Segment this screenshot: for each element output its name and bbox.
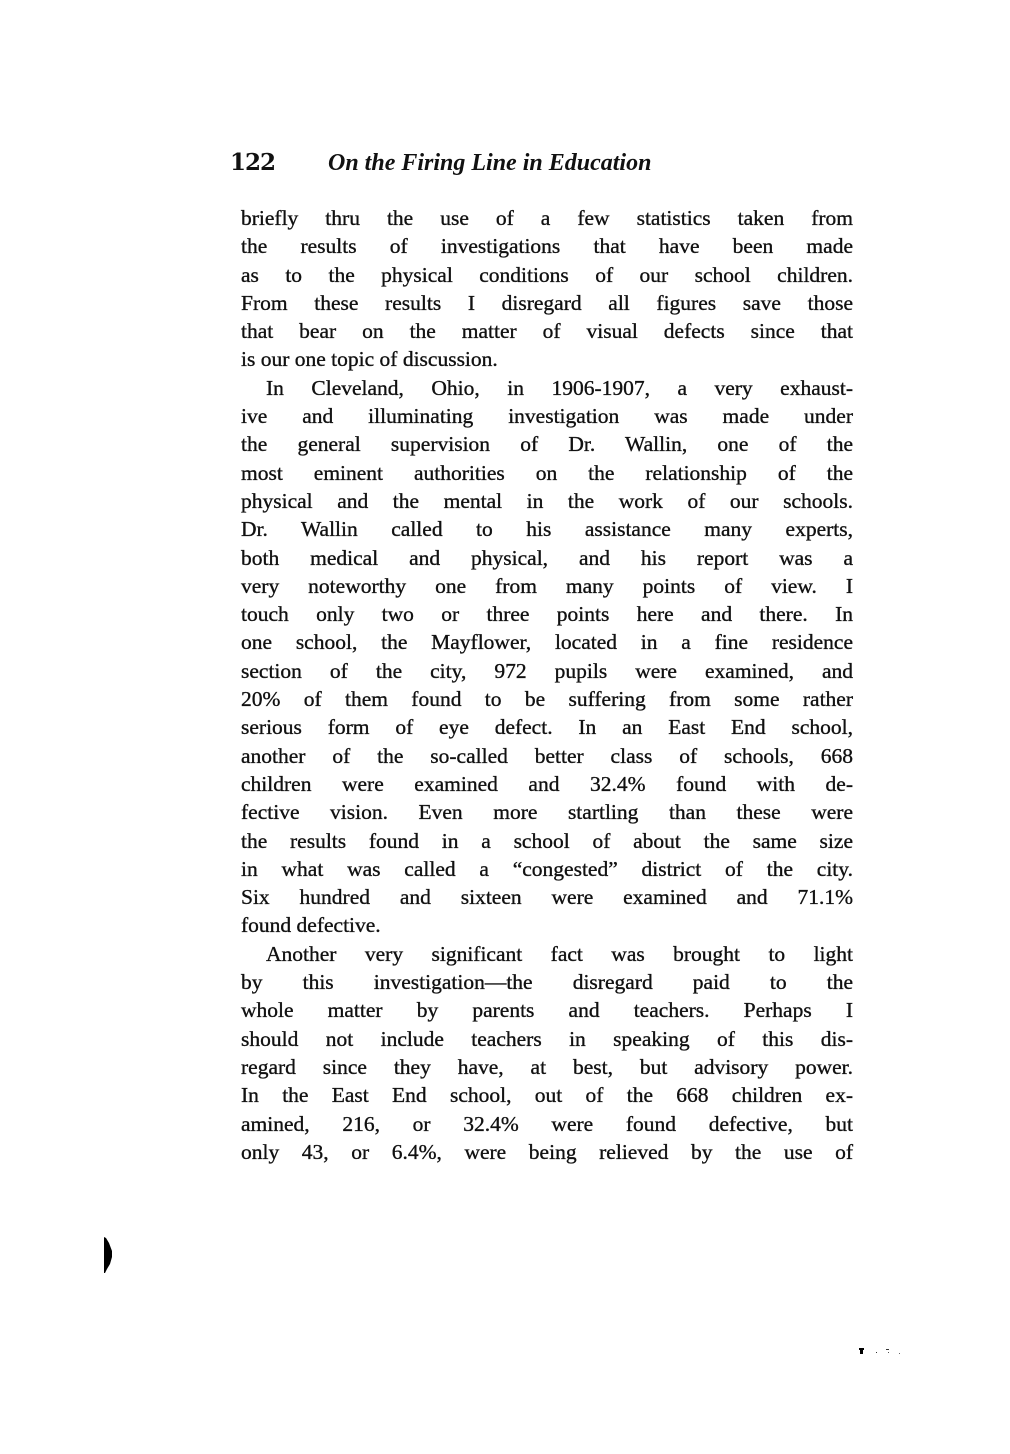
text-line: regard since they have, at best, but adv… — [241, 1053, 853, 1081]
page-number: 122 — [230, 146, 275, 180]
text-line: is our one topic of discussion. — [241, 345, 853, 373]
text-line: very noteworthy one from many points of … — [241, 572, 853, 600]
text-line: In the East End school, out of the 668 c… — [241, 1081, 853, 1109]
text-line: briefly thru the use of a few statistics… — [241, 204, 853, 232]
text-line: serious form of eye defect. In an East E… — [241, 713, 853, 741]
text-line: the results of investigations that have … — [241, 232, 853, 260]
text-line: From these results I disregard all figur… — [241, 289, 853, 317]
text-line: the general supervision of Dr. Wallin, o… — [241, 430, 853, 458]
text-line: one school, the Mayflower, located in a … — [241, 628, 853, 656]
paragraph: Another very significant fact was brough… — [241, 940, 853, 1166]
text-line: should not include teachers in speaking … — [241, 1025, 853, 1053]
text-line: In Cleveland, Ohio, in 1906-1907, a very… — [241, 374, 853, 402]
text-line: physical and the mental in the work of o… — [241, 487, 853, 515]
text-line: ive and illuminating investigation was m… — [241, 402, 853, 430]
book-title: On the Firing Line in Education — [328, 146, 651, 180]
text-line: amined, 216, or 32.4% were found defecti… — [241, 1110, 853, 1138]
body-text: briefly thru the use of a few statistics… — [241, 204, 853, 1166]
text-line: only 43, or 6.4%, were being relieved by… — [241, 1138, 853, 1166]
text-line: 20% of them found to be suffering from s… — [241, 685, 853, 713]
scan-margin-mark-icon — [104, 1237, 114, 1273]
text-line: Dr. Wallin called to his assistance many… — [241, 515, 853, 543]
text-line: children were examined and 32.4% found w… — [241, 770, 853, 798]
text-line: Another very significant fact was brough… — [241, 940, 853, 968]
book-page: 122 On the Firing Line in Education brie… — [0, 0, 1010, 1454]
text-line: both medical and physical, and his repor… — [241, 544, 853, 572]
running-head: 122 On the Firing Line in Education — [230, 146, 850, 180]
text-line: that bear on the matter of visual defect… — [241, 317, 853, 345]
text-line: found defective. — [241, 911, 853, 939]
paragraph: In Cleveland, Ohio, in 1906-1907, a very… — [241, 374, 853, 940]
text-line: touch only two or three points here and … — [241, 600, 853, 628]
scan-specks-icon — [855, 1347, 915, 1357]
text-line: section of the city, 972 pupils were exa… — [241, 657, 853, 685]
text-line: Six hundred and sixteen were examined an… — [241, 883, 853, 911]
paragraph: briefly thru the use of a few statistics… — [241, 204, 853, 374]
text-line: whole matter by parents and teachers. Pe… — [241, 996, 853, 1024]
text-line: most eminent authorities on the relation… — [241, 459, 853, 487]
text-line: fective vision. Even more startling than… — [241, 798, 853, 826]
text-line: by this investigation—the disregard paid… — [241, 968, 853, 996]
text-line: the results found in a school of about t… — [241, 827, 853, 855]
text-line: another of the so-called better class of… — [241, 742, 853, 770]
text-line: in what was called a “congested” distric… — [241, 855, 853, 883]
text-line: as to the physical conditions of our sch… — [241, 261, 853, 289]
